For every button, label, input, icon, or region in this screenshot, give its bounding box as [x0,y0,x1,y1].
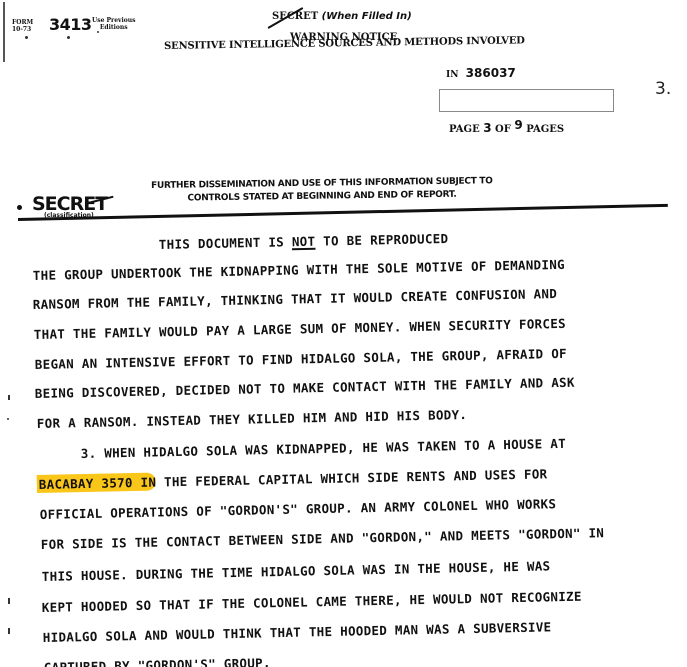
body-line: CAPTURED BY "GORDON'S" GROUP. [44,655,271,667]
body-line: BEING DISCOVERED, DECIDED NOT TO MAKE CO… [35,375,575,401]
address-highlight: BACABAY 3570 IN [37,473,157,493]
body-line: HIDALGO SOLA AND WOULD THINK THAT THE HO… [43,619,552,645]
scan-speck [8,628,10,634]
body-line: FOR SIDE IS THE CONTACT BETWEEN SIDE AND… [41,525,605,552]
body-line: BEGAN AN INTENSIVE EFFORT TO FIND HIDALG… [35,346,567,372]
highlighted-line-rest: THE FEDERAL CAPITAL WHICH SIDE RENTS AND… [156,466,548,489]
notice-pre: THIS DOCUMENT IS [159,234,292,252]
body-line: THIS HOUSE. DURING THE TIME HIDALGO SOLA… [42,558,551,584]
body-line: OFFICIAL OPERATIONS OF "GORDON'S" GROUP.… [40,496,557,522]
notice-post: TO BE REPRODUCED [315,231,448,249]
body-line: KEPT HOODED SO THAT IF THE COLONEL CAME … [42,589,582,615]
scan-speck [67,36,70,39]
notice-emphasis: NOT [292,234,316,249]
reproduction-notice: THIS DOCUMENT IS NOT TO BE REPRODUCED [159,231,449,252]
highlighted-line: BACABAY 3570 IN THE FEDERAL CAPITAL WHIC… [39,466,548,492]
document-body: THIS DOCUMENT IS NOT TO BE REPRODUCED TH… [0,0,687,667]
scan-speck [25,36,28,39]
scan-speck [3,2,5,62]
scan-speck [8,395,10,400]
paragraph-3-start: 3. WHEN HIDALGO SOLA WAS KIDNAPPED, HE W… [81,436,566,461]
scan-speck [97,31,99,33]
body-line: THAT THE FAMILY WOULD PAY A LARGE SUM OF… [34,316,566,342]
body-line: RANSOM FROM THE FAMILY, THINKING THAT IT… [33,286,558,312]
body-line: FOR A RANSOM. INSTEAD THEY KILLED HIM AN… [37,407,468,431]
body-line: THE GROUP UNDERTOOK THE KIDNAPPING WITH … [33,257,565,283]
scan-speck [8,598,10,604]
scan-speck [7,418,9,420]
